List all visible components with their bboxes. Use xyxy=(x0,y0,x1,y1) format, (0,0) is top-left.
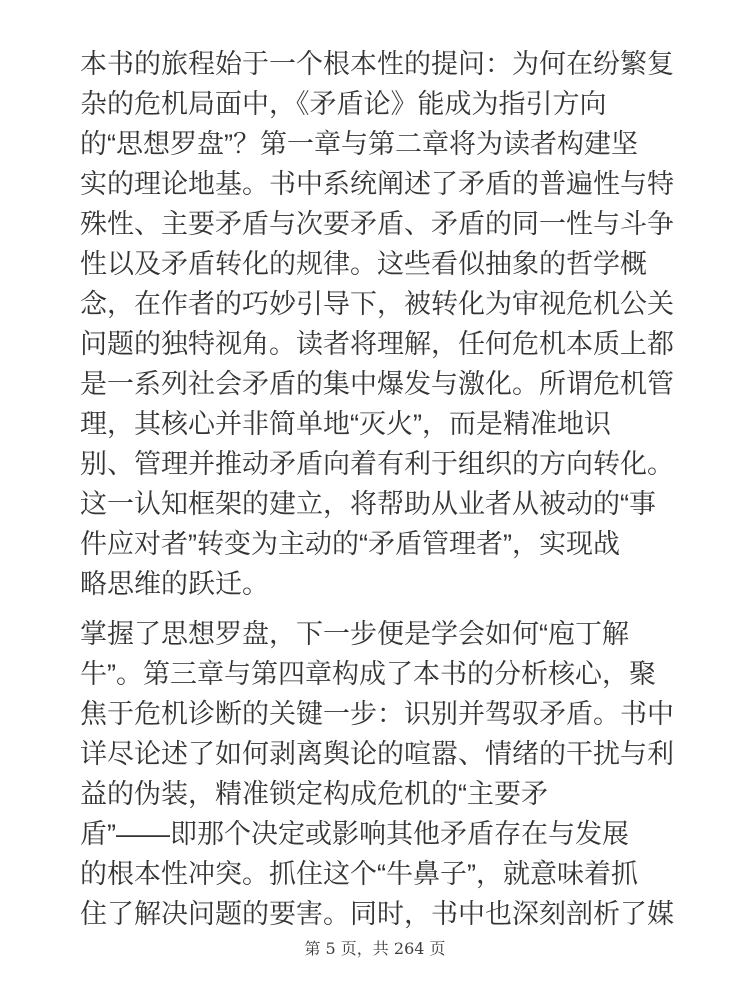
text-line: 理，其核心并非简单地“灭火”，而是精准地识 xyxy=(80,404,680,444)
text-line: 本书的旅程始于一个根本性的提问：为何在纷繁复 xyxy=(80,44,680,84)
text-line: 益的伪装，精准锁定构成危机的“主要矛 xyxy=(80,774,680,814)
text-line: 是一系列社会矛盾的集中爆发与激化。所谓危机管 xyxy=(80,364,680,404)
text-line: 这一认知框架的建立，将帮助从业者从被动的“事 xyxy=(80,484,680,524)
text-line: 件应对者”转变为主动的“矛盾管理者”，实现战 xyxy=(80,524,680,564)
text-line: 盾”——即那个决定或影响其他矛盾存在与发展 xyxy=(80,814,680,854)
text-line: 问题的独特视角。读者将理解，任何危机本质上都 xyxy=(80,324,680,364)
text-line: 的根本性冲突。抓住这个“牛鼻子”，就意味着抓 xyxy=(80,854,680,894)
text-line: 杂的危机局面中，《矛盾论》能成为指引方向 xyxy=(80,84,680,124)
text-line: 焦于危机诊断的关键一步：识别并驾驭矛盾。书中 xyxy=(80,694,680,734)
page-number-footer: 第 5 页，共 264 页 xyxy=(0,938,750,960)
text-line: 实的理论地基。书中系统阐述了矛盾的普遍性与特 xyxy=(80,164,680,204)
text-line: 性以及矛盾转化的规律。这些看似抽象的哲学概 xyxy=(80,244,680,284)
text-line: 的“思想罗盘”？第一章与第二章将为读者构建坚 xyxy=(80,124,680,164)
text-line: 牛”。第三章与第四章构成了本书的分析核心，聚 xyxy=(80,654,680,694)
text-line: 掌握了思想罗盘，下一步便是学会如何“庖丁解 xyxy=(80,614,680,654)
text-line: 念，在作者的巧妙引导下，被转化为审视危机公关 xyxy=(80,284,680,324)
text-line: 别、管理并推动矛盾向着有利于组织的方向转化。 xyxy=(80,444,680,484)
paragraph-1: 本书的旅程始于一个根本性的提问：为何在纷繁复 杂的危机局面中，《矛盾论》能成为指… xyxy=(80,44,680,604)
page-text-block: 本书的旅程始于一个根本性的提问：为何在纷繁复 杂的危机局面中，《矛盾论》能成为指… xyxy=(80,44,680,934)
text-line: 殊性、主要矛盾与次要矛盾、矛盾的同一性与斗争 xyxy=(80,204,680,244)
document-page: 本书的旅程始于一个根本性的提问：为何在纷繁复 杂的危机局面中，《矛盾论》能成为指… xyxy=(0,0,750,1000)
paragraph-2: 掌握了思想罗盘，下一步便是学会如何“庖丁解 牛”。第三章与第四章构成了本书的分析… xyxy=(80,614,680,934)
text-line: 略思维的跃迁。 xyxy=(80,564,680,604)
text-line: 详尽论述了如何剥离舆论的喧嚣、情绪的干扰与利 xyxy=(80,734,680,774)
text-line: 住了解决问题的要害。同时，书中也深刻剖析了媒 xyxy=(80,894,680,934)
